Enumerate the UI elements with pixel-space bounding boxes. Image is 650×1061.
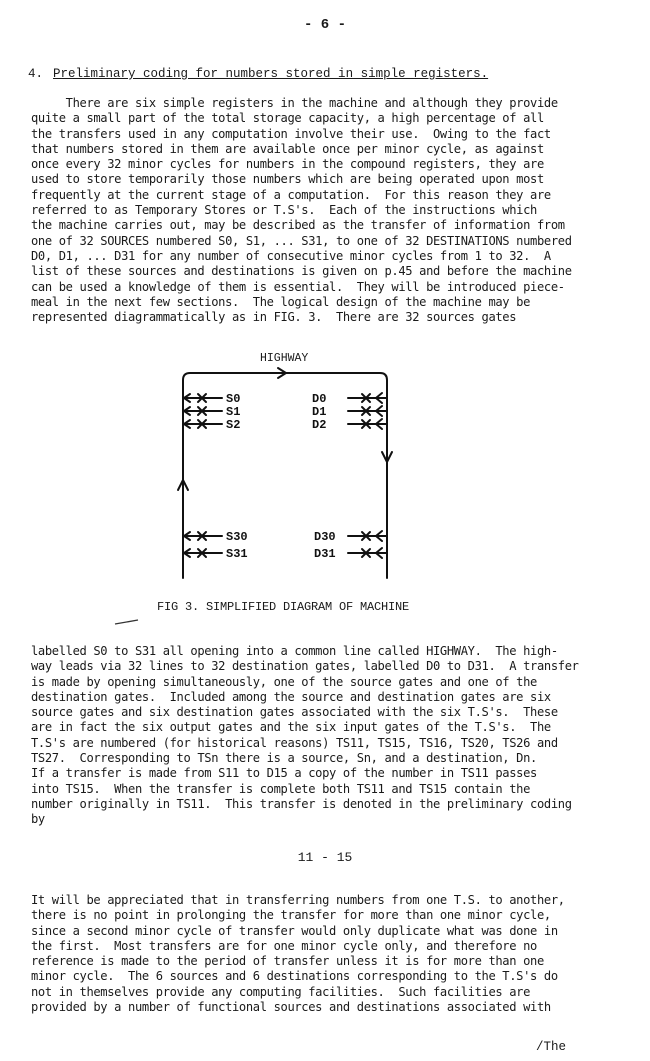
svg-text:S1: S1 [226,405,240,419]
svg-text:D2: D2 [312,418,326,432]
svg-text:S0: S0 [226,392,240,406]
svg-text:D31: D31 [314,547,336,561]
paragraph-highway: labelled S0 to S31 all opening into a co… [31,644,579,828]
coding-example: 11 - 15 [0,850,650,865]
pen-mark [114,618,140,626]
svg-text:S30: S30 [226,530,248,544]
svg-text:D1: D1 [312,405,326,419]
svg-text:S2: S2 [226,418,240,432]
svg-text:S31: S31 [226,547,248,561]
svg-text:D0: D0 [312,392,326,406]
continuation-catchword: /The [536,1040,566,1054]
svg-text:D30: D30 [314,530,336,544]
figure-caption: FIG 3. SIMPLIFIED DIAGRAM OF MACHINE [157,600,409,614]
paragraph-transfer: It will be appreciated that in transferr… [31,893,565,1015]
